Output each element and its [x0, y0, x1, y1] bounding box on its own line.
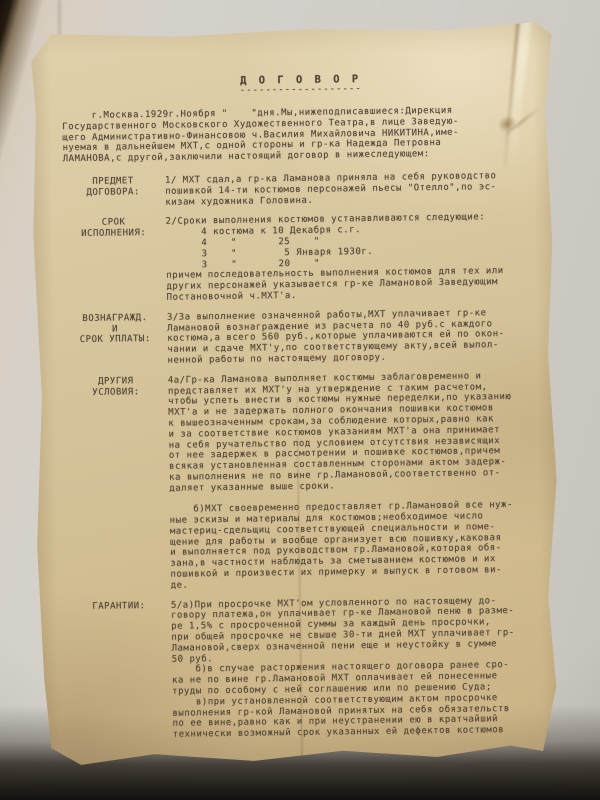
- contract-section-payment: ВОЗНАГРАЖД. И СРОК УПЛАТЫ: 3/За выполнен…: [65, 307, 544, 368]
- section-body: 4а/Гр-ка Ламанова выполняет костюмы забл…: [168, 370, 547, 591]
- document-preamble: г.Москва.1929г.Ноября " "дня.Мы,нижеподп…: [62, 105, 541, 166]
- contract-section-subject: ПРЕДМЕТ ДОГОВОРА: 1/ МХТ сдал,а гр-ка Ла…: [63, 171, 541, 210]
- section-label: ВОЗНАГРАЖД. И СРОК УПЛАТЫ:: [65, 313, 166, 368]
- section-label: ГАРАНТИИ:: [69, 600, 171, 742]
- section-label: ПРЕДМЕТ ДОГОВОРА:: [63, 176, 163, 210]
- section-body: 5/а)При просрочке МХТ'ом условленного по…: [171, 595, 549, 741]
- section-label: СРОК ИСПОЛНЕНИЯ:: [64, 217, 165, 305]
- contract-section-other-terms: ДРУГИЯ УСЛОВИЯ: 4а/Гр-ка Ламанова выполн…: [66, 370, 547, 593]
- section-label: ДРУГИЯ УСЛОВИЯ:: [66, 376, 169, 593]
- section-body: 1/ МХТ сдал,а гр-ка Ламанова приняла на …: [165, 171, 541, 209]
- section-body: 3/За выполнение означенной работы,МХТ уп…: [167, 307, 544, 366]
- document-paper: Д О Г О В О Р ------------------- г.Моск…: [29, 20, 563, 767]
- contract-section-guarantees: ГАРАНТИИ: 5/а)При просрочке МХТ'ом услов…: [69, 595, 549, 742]
- contract-section-deadline: СРОК ИСПОЛНЕНИЯ: 2/Сроки выполнения кост…: [64, 212, 543, 305]
- section-body: 2/Сроки выполнения костюмов устанавливаю…: [166, 212, 543, 304]
